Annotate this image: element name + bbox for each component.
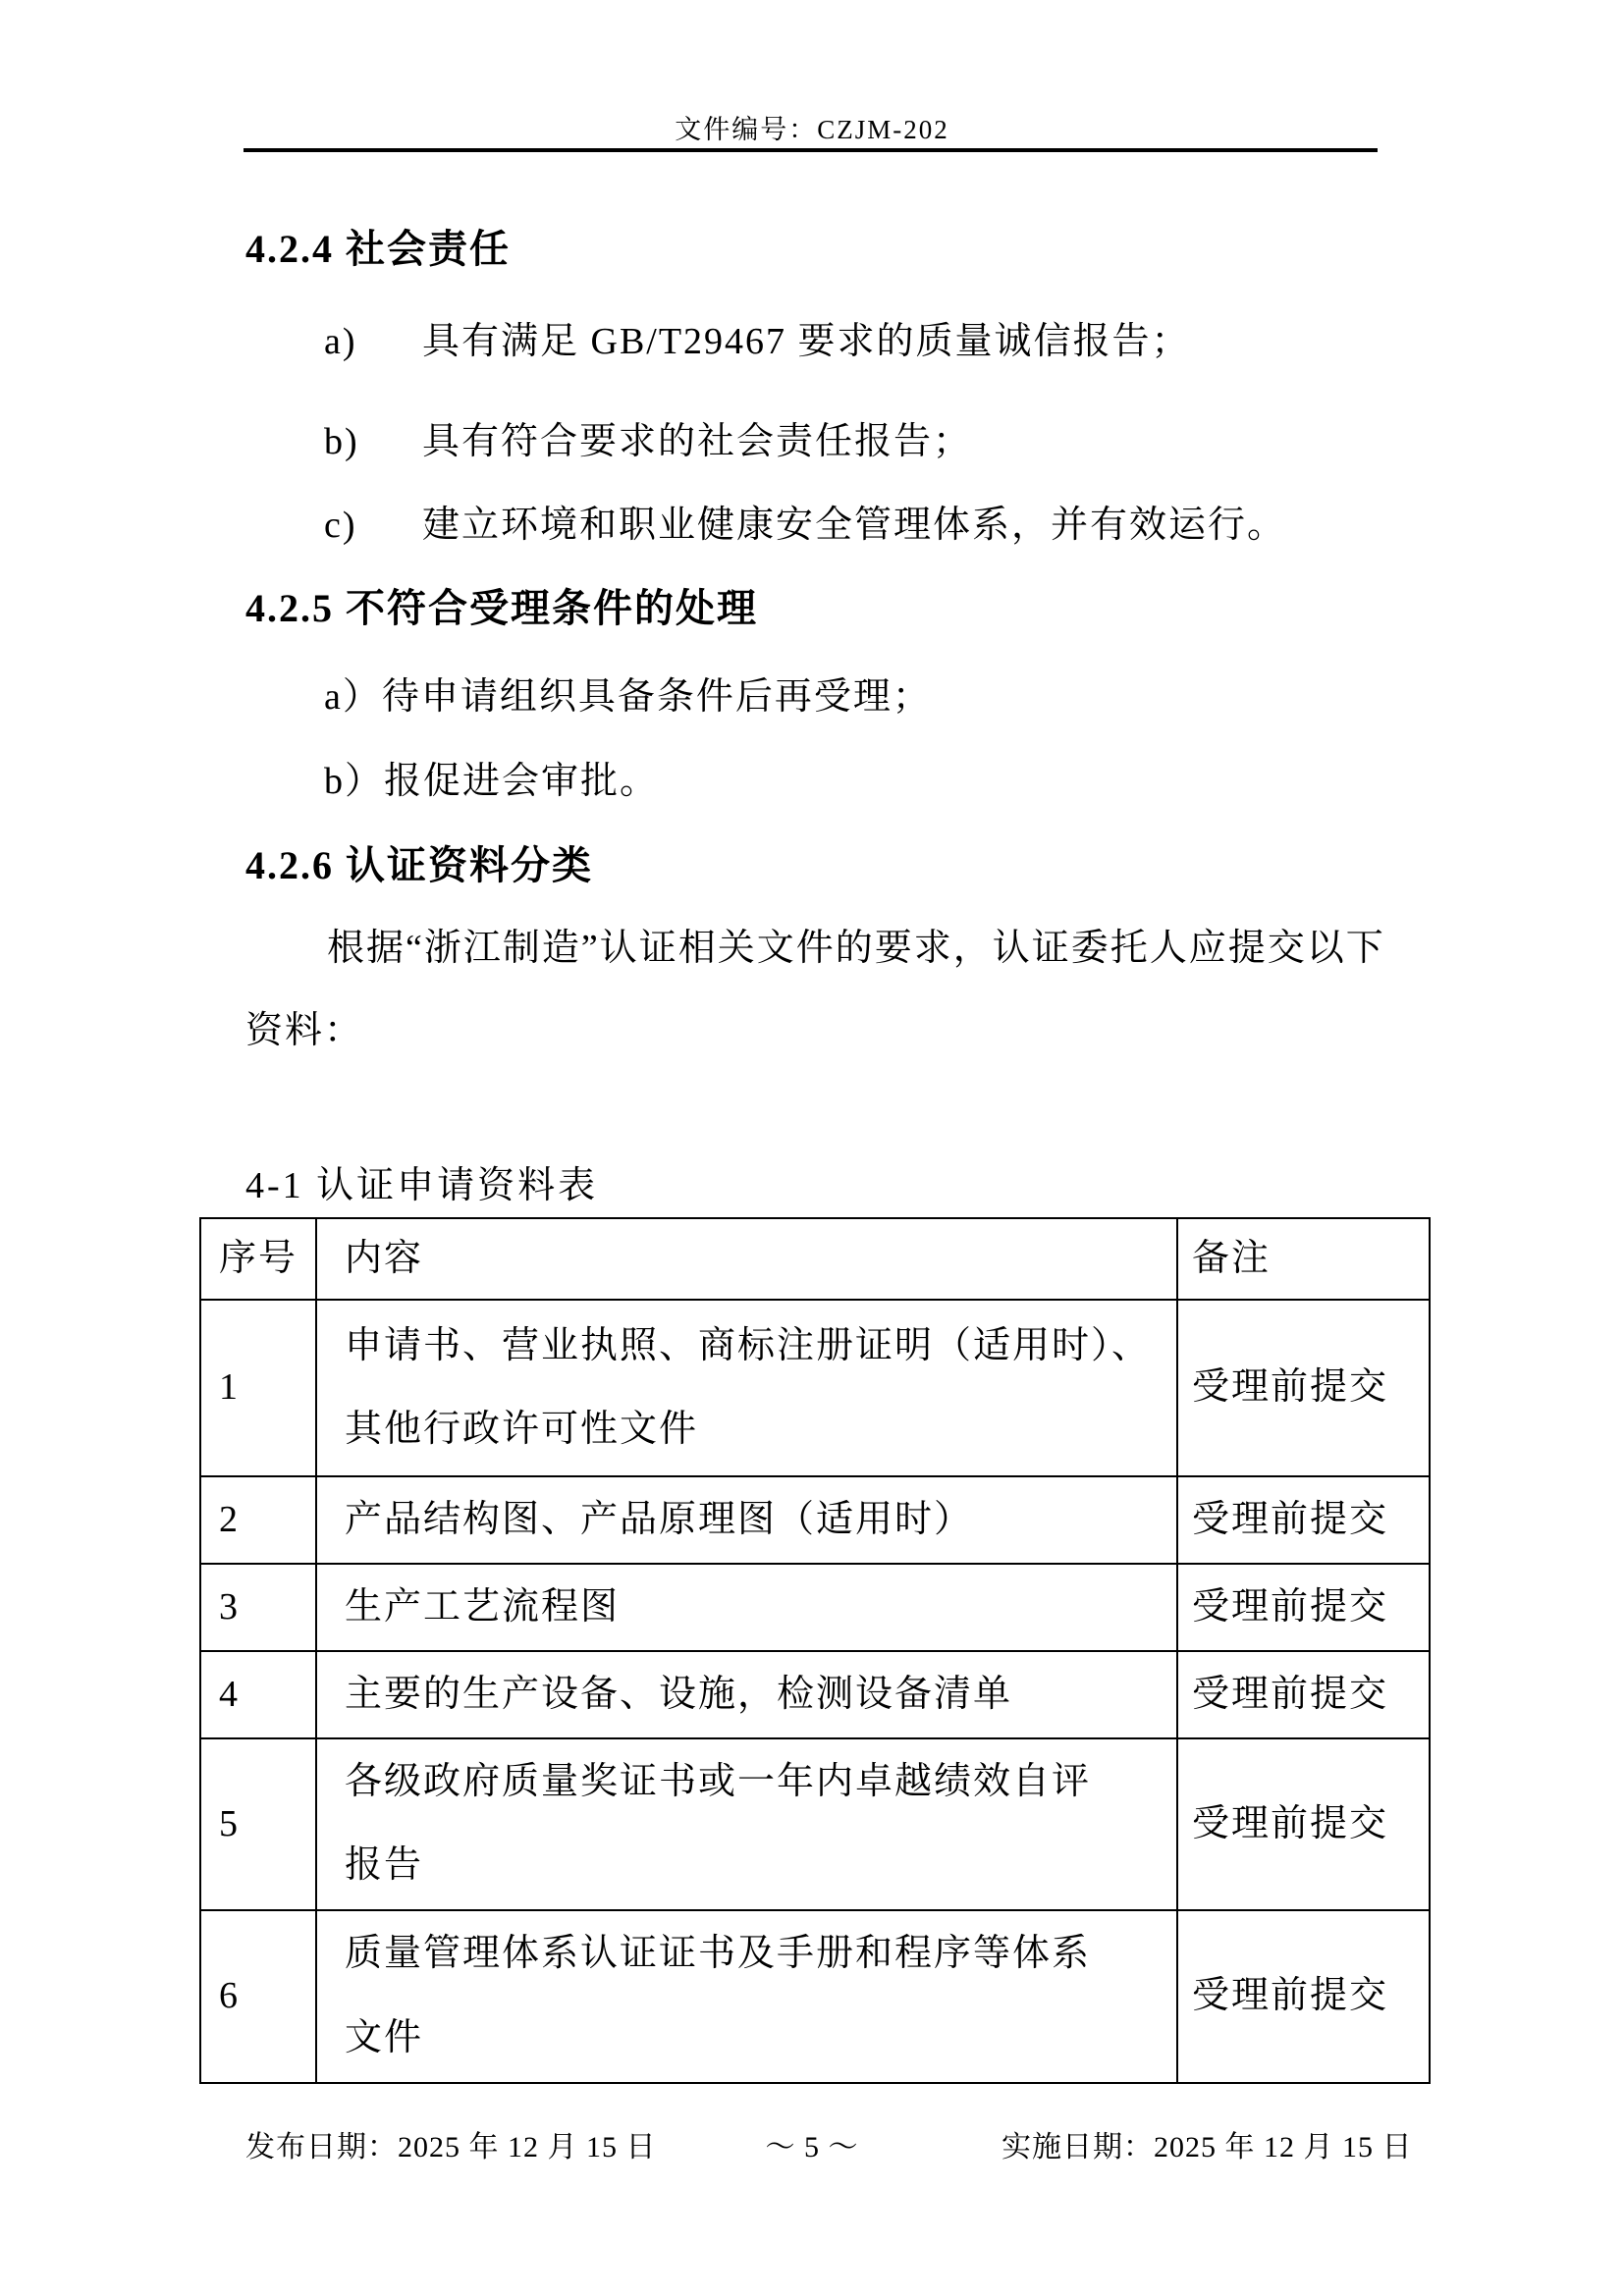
column-header-no: 序号 [200,1218,316,1300]
list-text: 建立环境和职业健康安全管理体系，并有效运行。 [422,505,1286,546]
list-item-4-2-4-a: a)具有满足 GB/T29467 要求的质量诚信报告； [324,310,1191,364]
list-text: 具有符合要求的社会责任报告； [422,421,972,462]
list-marker: b) [324,420,422,463]
cell-content: 申请书、营业执照、商标注册证明（适用时）、 其他行政许可性文件 [316,1300,1177,1476]
list-item-4-2-5-a: a）待申请组织具备条件后再受理； [324,666,932,720]
footer-implement-date: 实施日期：2025 年 12 月 15 日 [1001,2122,1413,2165]
cell-no: 3 [200,1564,316,1651]
table-row: 2 产品结构图、产品原理图（适用时） 受理前提交 [200,1476,1430,1564]
document-page: 文件编号：CZJM-202 4.2.4 社会责任 a)具有满足 GB/T2946… [0,0,1624,2296]
content-line: 产品结构图、产品原理图（适用时） [345,1478,1170,1562]
paragraph-line-1: 根据“浙江制造”认证相关文件的要求，认证委托人应提交以下 [327,917,1385,971]
content-line: 生产工艺流程图 [345,1566,1170,1649]
table-header-row: 序号 内容 备注 [200,1218,1430,1300]
content-line: 申请书、营业执照、商标注册证明（适用时）、 [345,1305,1170,1388]
table-row: 6 质量管理体系认证证书及手册和程序等体系 文件 受理前提交 [200,1910,1430,2083]
doc-number: 文件编号：CZJM-202 [0,108,1624,146]
content-line: 其他行政许可性文件 [345,1388,1170,1471]
column-header-content: 内容 [316,1218,1177,1300]
section-heading-4-2-6: 4.2.6 认证资料分类 [245,834,593,890]
list-marker: c) [324,504,422,547]
table-row: 1 申请书、营业执照、商标注册证明（适用时）、 其他行政许可性文件 受理前提交 [200,1300,1430,1476]
cell-no: 1 [200,1300,316,1476]
cell-note: 受理前提交 [1177,1910,1430,2083]
content-line: 报告 [345,1824,1170,1907]
table-caption: 4-1 认证申请资料表 [245,1154,598,1208]
table-row: 5 各级政府质量奖证书或一年内卓越绩效自评 报告 受理前提交 [200,1738,1430,1909]
cell-content: 产品结构图、产品原理图（适用时） [316,1476,1177,1564]
section-heading-4-2-5: 4.2.5 不符合受理条件的处理 [245,577,758,633]
list-item-4-2-4-c: c)建立环境和职业健康安全管理体系，并有效运行。 [324,494,1286,548]
cell-note: 受理前提交 [1177,1651,1430,1738]
cell-note: 受理前提交 [1177,1564,1430,1651]
section-heading-4-2-4: 4.2.4 社会责任 [245,218,511,274]
cell-content: 生产工艺流程图 [316,1564,1177,1651]
header-rule [244,148,1378,152]
cell-content: 质量管理体系认证证书及手册和程序等体系 文件 [316,1910,1177,2083]
cell-content: 各级政府质量奖证书或一年内卓越绩效自评 报告 [316,1738,1177,1909]
list-text: 具有满足 GB/T29467 要求的质量诚信报告； [422,321,1191,362]
table-row: 3 生产工艺流程图 受理前提交 [200,1564,1430,1651]
cell-note: 受理前提交 [1177,1476,1430,1564]
content-line: 各级政府质量奖证书或一年内卓越绩效自评 [345,1740,1170,1824]
cell-content: 主要的生产设备、设施，检测设备清单 [316,1651,1177,1738]
application-materials-table: 序号 内容 备注 1 申请书、营业执照、商标注册证明（适用时）、 其他行政许可性… [199,1217,1431,2084]
cell-note: 受理前提交 [1177,1738,1430,1909]
content-line: 主要的生产设备、设施，检测设备清单 [345,1653,1170,1736]
column-header-note: 备注 [1177,1218,1430,1300]
table-row: 4 主要的生产设备、设施，检测设备清单 受理前提交 [200,1651,1430,1738]
list-item-4-2-4-b: b)具有符合要求的社会责任报告； [324,410,972,464]
cell-no: 4 [200,1651,316,1738]
cell-no: 5 [200,1738,316,1909]
list-item-4-2-5-b: b）报促进会审批。 [324,750,659,804]
cell-no: 2 [200,1476,316,1564]
content-line: 质量管理体系认证证书及手册和程序等体系 [345,1912,1170,1996]
list-marker: a) [324,320,422,363]
cell-no: 6 [200,1910,316,2083]
paragraph-line-2: 资料： [245,999,363,1053]
cell-note: 受理前提交 [1177,1300,1430,1476]
content-line: 文件 [345,1997,1170,2080]
